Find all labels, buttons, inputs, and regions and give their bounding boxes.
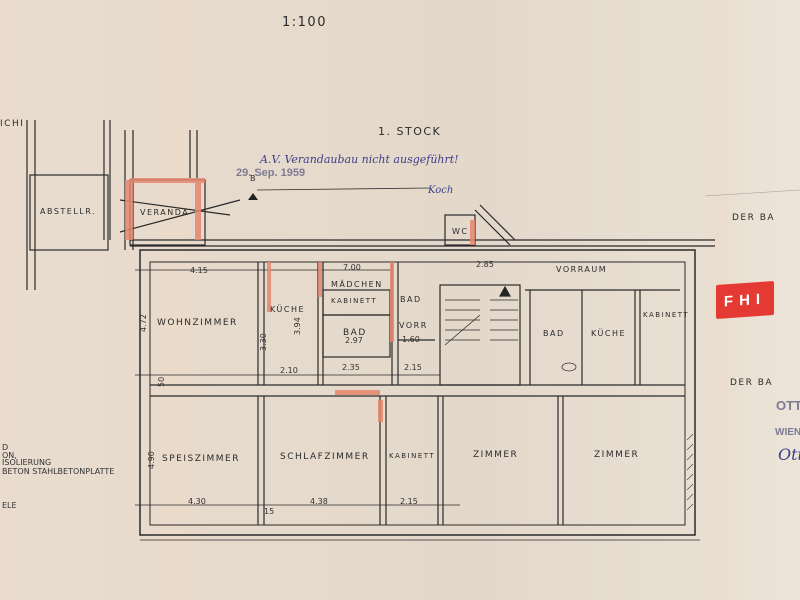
dimension: 3.94 bbox=[293, 317, 302, 335]
date-stamp: 29. Sep. 1959 bbox=[236, 167, 305, 179]
dimension: 2.85 bbox=[476, 260, 494, 269]
room-label: ABSTELLR. bbox=[40, 207, 96, 216]
note-line: ISOLIERUNG bbox=[2, 458, 51, 467]
dimension: 4.15 bbox=[190, 266, 208, 275]
room-label: KÜCHE bbox=[270, 304, 305, 314]
room-label: BAD bbox=[543, 329, 565, 338]
dimension: 50 bbox=[157, 377, 166, 387]
section-marker: B bbox=[250, 174, 257, 183]
note-line: BETON STAHLBETONPLATTE bbox=[2, 467, 114, 476]
left-partial-label: ICHI bbox=[0, 119, 24, 129]
room-label: KÜCHE bbox=[591, 328, 626, 338]
dimension: 4.90 bbox=[147, 451, 156, 469]
room-label: BAD bbox=[400, 295, 422, 304]
watermark-logo: FHI bbox=[716, 281, 774, 319]
room-label: KABINETT bbox=[331, 297, 377, 305]
company-city: WIEN bbox=[775, 427, 800, 438]
room-label: VORR bbox=[399, 321, 428, 330]
dimension: 4.30 bbox=[188, 497, 206, 506]
dimension: 7.00 bbox=[343, 263, 361, 272]
room-label: KABINETT bbox=[643, 311, 689, 319]
dimension: 3.30 bbox=[259, 333, 268, 351]
room-label: ZIMMER bbox=[594, 450, 639, 460]
room-label: VORRAUM bbox=[556, 265, 607, 274]
company-name: OTT bbox=[776, 398, 800, 413]
room-label: MÄDCHEN bbox=[331, 279, 383, 289]
dimension: 4.38 bbox=[310, 497, 328, 506]
bauherr-label: DER BA bbox=[732, 213, 775, 223]
dimension: 2.35 bbox=[342, 363, 360, 372]
plan-labels: 1:100 1. STOCK ICHI 29. Sep. 1959 A.V. V… bbox=[0, 0, 800, 600]
dimension: 4.72 bbox=[139, 314, 148, 332]
dimension: 2.15 bbox=[404, 363, 422, 372]
signature: Otto bbox=[778, 445, 800, 464]
scale-label: 1:100 bbox=[282, 15, 327, 30]
room-label: WOHNZIMMER bbox=[157, 318, 238, 328]
handwritten-annotation: A.V. Verandaubau nicht ausgeführt! bbox=[259, 153, 459, 166]
dimension: 1.60 bbox=[402, 335, 420, 344]
dimension: 2.15 bbox=[400, 497, 418, 506]
room-label: ZIMMER bbox=[473, 450, 518, 460]
dimension: 2.10 bbox=[280, 366, 298, 375]
room-label: VERANDA bbox=[140, 208, 189, 217]
dimension: 2.97 bbox=[345, 336, 363, 345]
floor-title: 1. STOCK bbox=[378, 125, 441, 138]
room-label: KABINETT bbox=[389, 452, 435, 460]
baufuehrer-label: DER BA bbox=[730, 378, 773, 388]
room-label: SCHLAFZIMMER bbox=[280, 452, 370, 462]
annotation-initials: Koch bbox=[427, 185, 453, 196]
room-label: SPEISZIMMER bbox=[162, 454, 240, 464]
note-line: ELE bbox=[2, 501, 17, 510]
dimension: 15 bbox=[264, 507, 274, 516]
room-label: WC bbox=[452, 227, 469, 236]
